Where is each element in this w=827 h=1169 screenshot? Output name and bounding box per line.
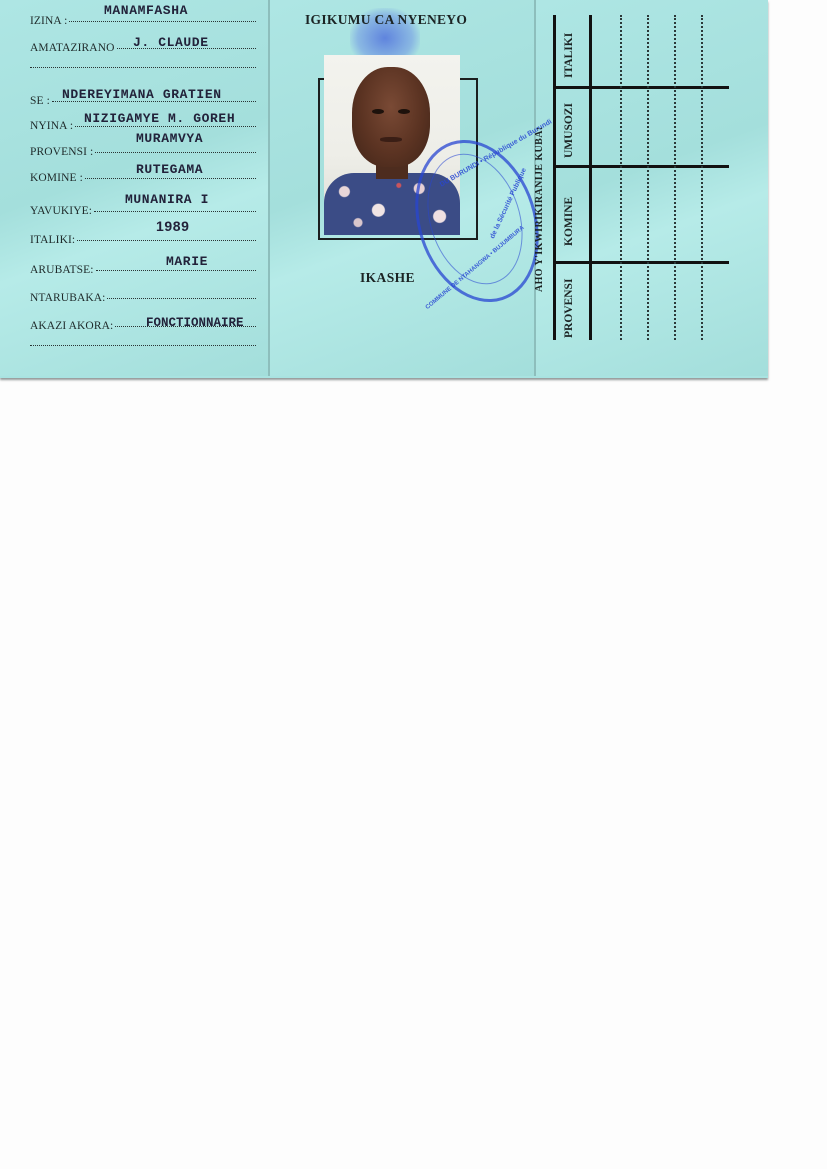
fingerprint-title: IGIKUMU CA NYENEYO — [305, 12, 467, 28]
field-label: NTARUBAKA: — [30, 292, 105, 304]
field-label: AMATAZIRANO — [30, 42, 115, 54]
field-value-se: NDEREYIMANA GRATIEN — [62, 87, 222, 102]
field-arubatse: ARUBATSE: — [30, 264, 256, 276]
table-border-header — [589, 15, 592, 340]
field-label: ITALIKI: — [30, 234, 75, 246]
column-header-provensi: PROVENSI — [563, 279, 575, 338]
field-provensi: PROVENSI : — [30, 146, 256, 158]
field-continuation — [30, 346, 256, 348]
field-value-akazi-akora: FONCTIONNAIRE — [146, 316, 244, 330]
field-value-izina: MANAMFASHA — [104, 3, 188, 18]
field-ntarubaka: NTARUBAKA: — [30, 292, 256, 304]
fold-crease — [268, 0, 270, 376]
field-label: NYINA : — [30, 120, 73, 132]
field-label: IZINA : — [30, 15, 67, 27]
field-value-komine: RUTEGAMA — [136, 162, 203, 177]
face — [352, 67, 430, 167]
signature-label: IKASHE — [360, 270, 415, 286]
field-value-amatazirano: J. CLAUDE — [133, 35, 209, 50]
field-continuation — [30, 68, 256, 70]
field-value-italiki: 1989 — [156, 218, 190, 234]
field-label: SE : — [30, 95, 50, 107]
column-header-komine: KOMINE — [563, 197, 575, 246]
field-label: KOMINE : — [30, 172, 83, 184]
field-label: PROVENSI : — [30, 146, 93, 158]
column-header-italiki: ITALIKI — [563, 33, 575, 78]
field-value-arubatse: MARIE — [166, 254, 208, 269]
table-border-left — [553, 15, 556, 340]
field-label: YAVUKIYE: — [30, 205, 92, 217]
field-value-provensi: MURAMVYA — [136, 131, 203, 146]
column-header-umusozi: UMUSOZI — [563, 103, 575, 158]
field-value-yavukiye: MUNANIRA I — [125, 192, 209, 207]
field-value-nyina: NIZIGAMYE M. GOREH — [84, 111, 235, 126]
field-label: AKAZI AKORA: — [30, 320, 113, 332]
field-italiki: ITALIKI: — [30, 234, 256, 246]
residence-caption: AHO Y'IKWIRIKIRANIJE KUBA: — [534, 126, 545, 292]
field-label: ARUBATSE: — [30, 264, 94, 276]
